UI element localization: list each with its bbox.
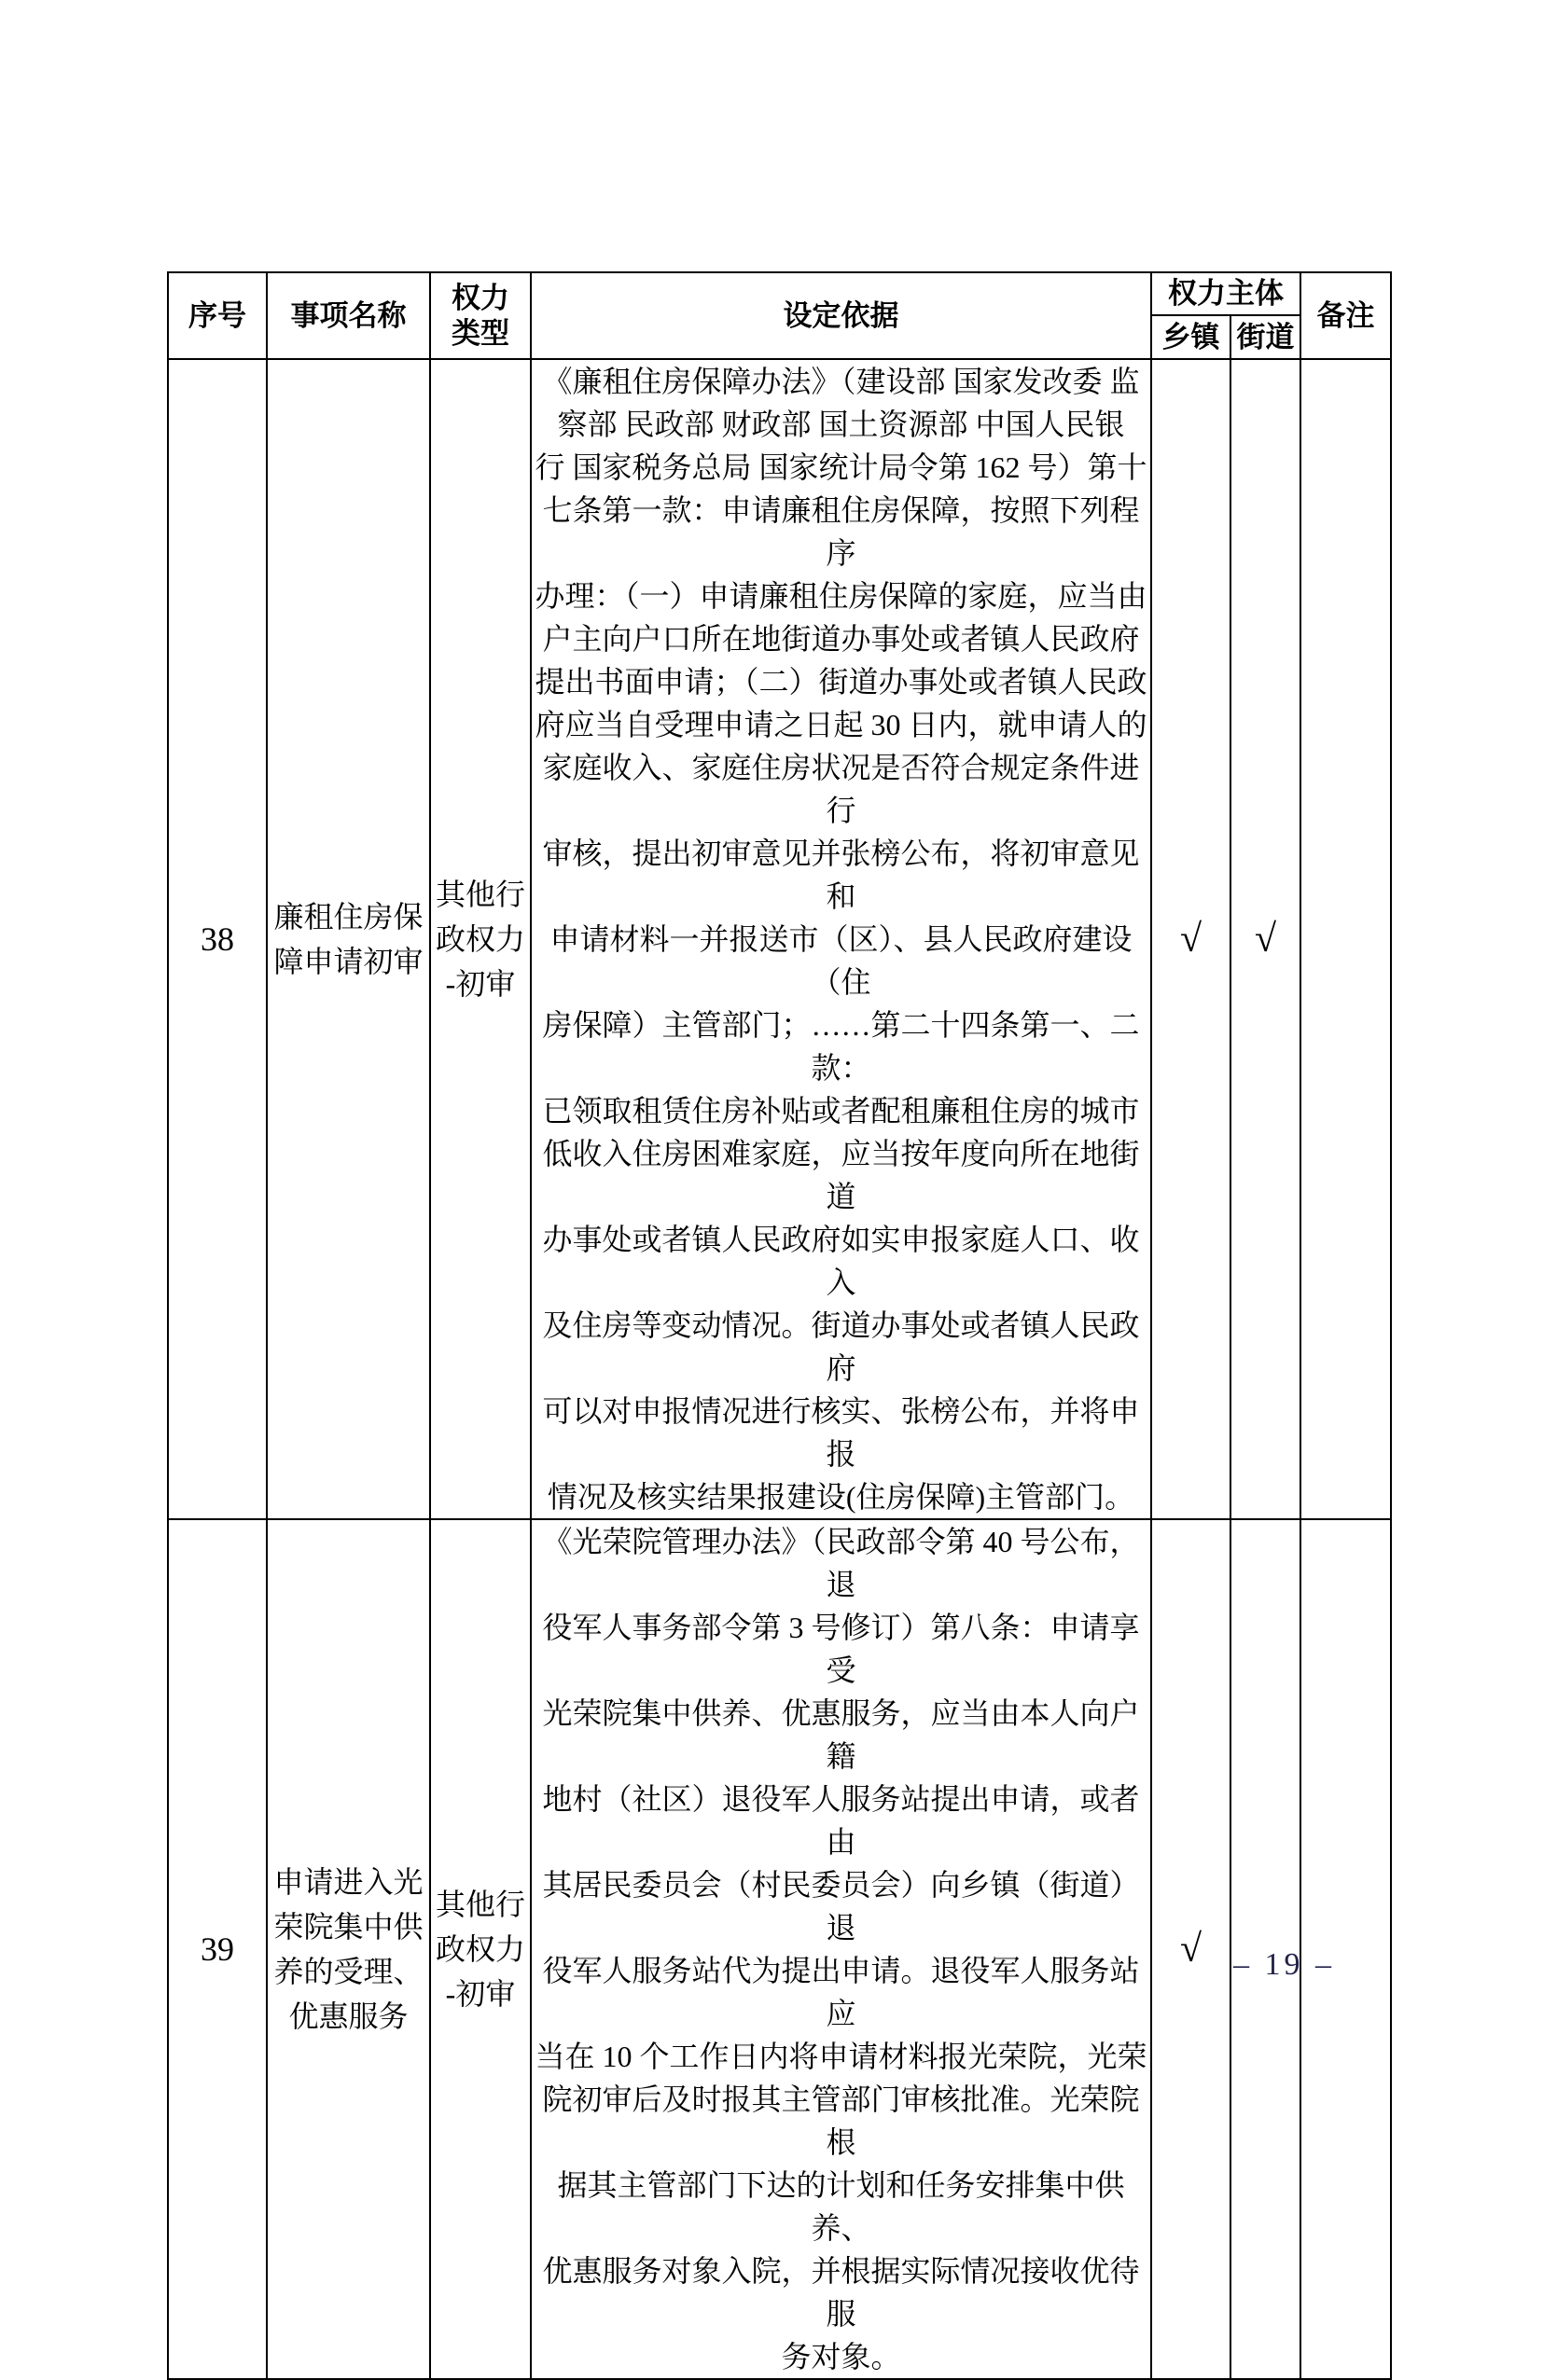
table-row-38: 38 廉租住房保 障申请初审 其他行 政权力 -初审 《廉租住房保障办法》（建设… xyxy=(168,359,1391,1519)
table-row-39: 39 申请进入光 荣院集中供 养的受理、 优惠服务 其他行 政权力 -初审 《光… xyxy=(168,1519,1391,2379)
basis-cell-38: 《廉租住房保障办法》（建设部 国家发改委 监 察部 民政部 财政部 国土资源部 … xyxy=(531,359,1151,1519)
authority-items-table: 序号 事项名称 权力 类型 设定依据 权力主体 备注 乡镇 街道 38 廉租住房… xyxy=(167,271,1392,2380)
basis-cell-39: 《光荣院管理办法》（民政部令第 40 号公布，退 役军人事务部令第 3 号修订）… xyxy=(531,1519,1151,2379)
header-street: 街道 xyxy=(1230,315,1300,359)
header-serial: 序号 xyxy=(168,272,267,359)
power-type-cell-39: 其他行 政权力 -初审 xyxy=(430,1519,531,2379)
header-item-name: 事项名称 xyxy=(267,272,430,359)
header-township: 乡镇 xyxy=(1151,315,1230,359)
header-power-type: 权力 类型 xyxy=(430,272,531,359)
header-basis: 设定依据 xyxy=(531,272,1151,359)
header-power-subject: 权力主体 xyxy=(1151,272,1300,315)
township-checkmark-38: √ xyxy=(1151,359,1230,1519)
street-checkmark-38: √ xyxy=(1230,359,1300,1519)
serial-cell-39: 39 xyxy=(168,1519,267,2379)
page-number: – 19 – xyxy=(1233,1947,1335,1983)
serial-cell-38: 38 xyxy=(168,359,267,1519)
township-checkmark-39: √ xyxy=(1151,1519,1230,2379)
item-name-cell-38: 廉租住房保 障申请初审 xyxy=(267,359,430,1519)
remark-cell-38 xyxy=(1300,359,1391,1519)
header-remark: 备注 xyxy=(1300,272,1391,359)
item-name-cell-39: 申请进入光 荣院集中供 养的受理、 优惠服务 xyxy=(267,1519,430,2379)
power-type-cell-38: 其他行 政权力 -初审 xyxy=(430,359,531,1519)
